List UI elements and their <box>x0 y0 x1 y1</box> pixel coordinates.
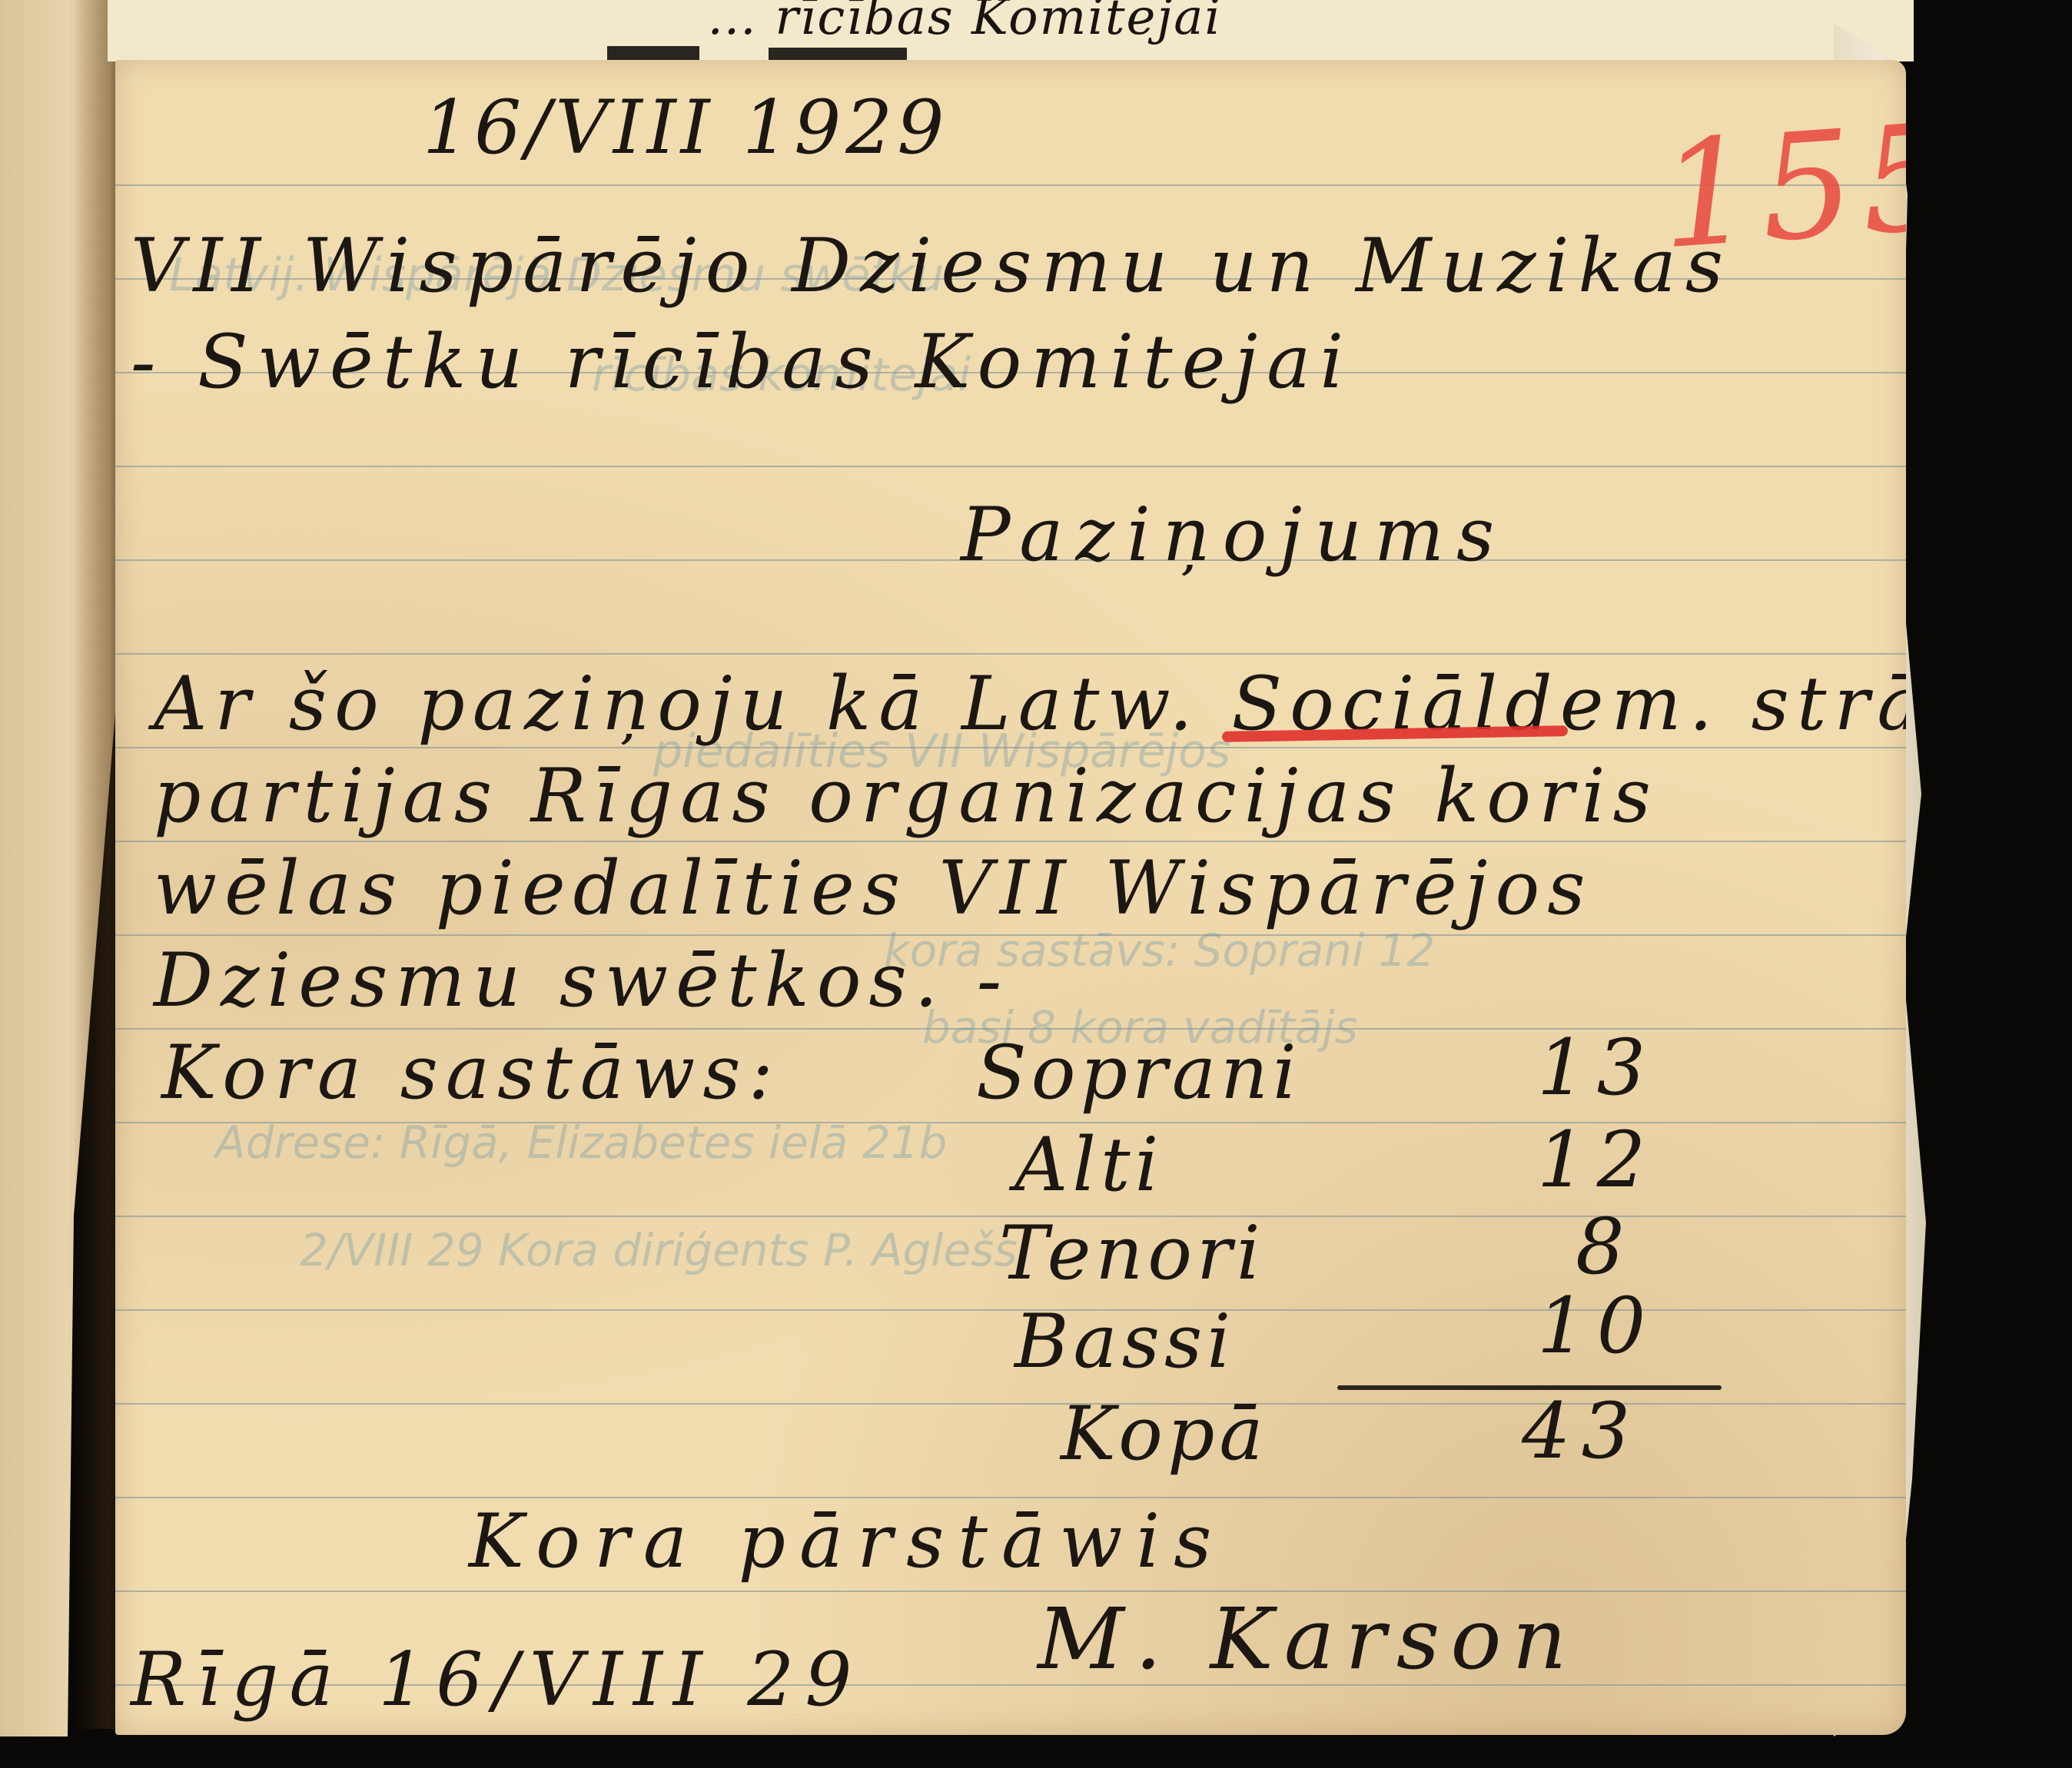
document-title: Paziņojums <box>961 498 1506 572</box>
header-date: 16/VIII 1929 <box>423 91 948 164</box>
signature-role: Kora pārstāwis <box>469 1504 1225 1578</box>
choir-composition-label: Kora sastāws: <box>161 1036 781 1110</box>
voice-label: Bassi <box>1014 1305 1235 1378</box>
voice-label: Soprani <box>976 1036 1301 1110</box>
body-line-4: Dziesmu swētkos. - <box>154 944 1009 1017</box>
total-count: 43 <box>1522 1393 1641 1470</box>
place-date: Rīgā 16/VIII 29 <box>131 1643 862 1717</box>
addressee-line-1: VII Wispārējo Dziesmu un Muzikas <box>131 229 1732 303</box>
total-label: Kopā <box>1061 1397 1268 1471</box>
body-line-2: partijas Rīgas organizacijas koris <box>154 759 1659 833</box>
voice-count: 13 <box>1537 1030 1656 1106</box>
background-sheet: … rīcības Komitejai <box>108 0 1914 61</box>
signature-name: M. Karson <box>1038 1597 1577 1681</box>
book-gutter-shadow <box>73 0 119 1729</box>
voice-count: 12 <box>1537 1122 1656 1199</box>
document-page: Latvij. Wispārējā Dziesmu swētku rīcības… <box>115 60 1906 1735</box>
background-sheet-text: … rīcības Komitejai <box>707 0 1222 46</box>
voice-count: 8 <box>1576 1209 1635 1285</box>
voice-label: Tenori <box>999 1216 1265 1290</box>
addressee-line-2: - Swētku rīcības Komitejai <box>131 325 1353 399</box>
voice-label: Alti <box>1014 1128 1163 1202</box>
body-line-1: Ar šo paziņoju kā Latw. Sociāldem. strād… <box>154 667 1906 741</box>
body-line-3: wēlas piedalīties VII Wispārējos <box>154 851 1593 925</box>
voice-count: 10 <box>1537 1288 1656 1365</box>
scanned-document-scene: … rīcības Komitejai Latvij. Wispārējā Dz… <box>0 0 2072 1768</box>
